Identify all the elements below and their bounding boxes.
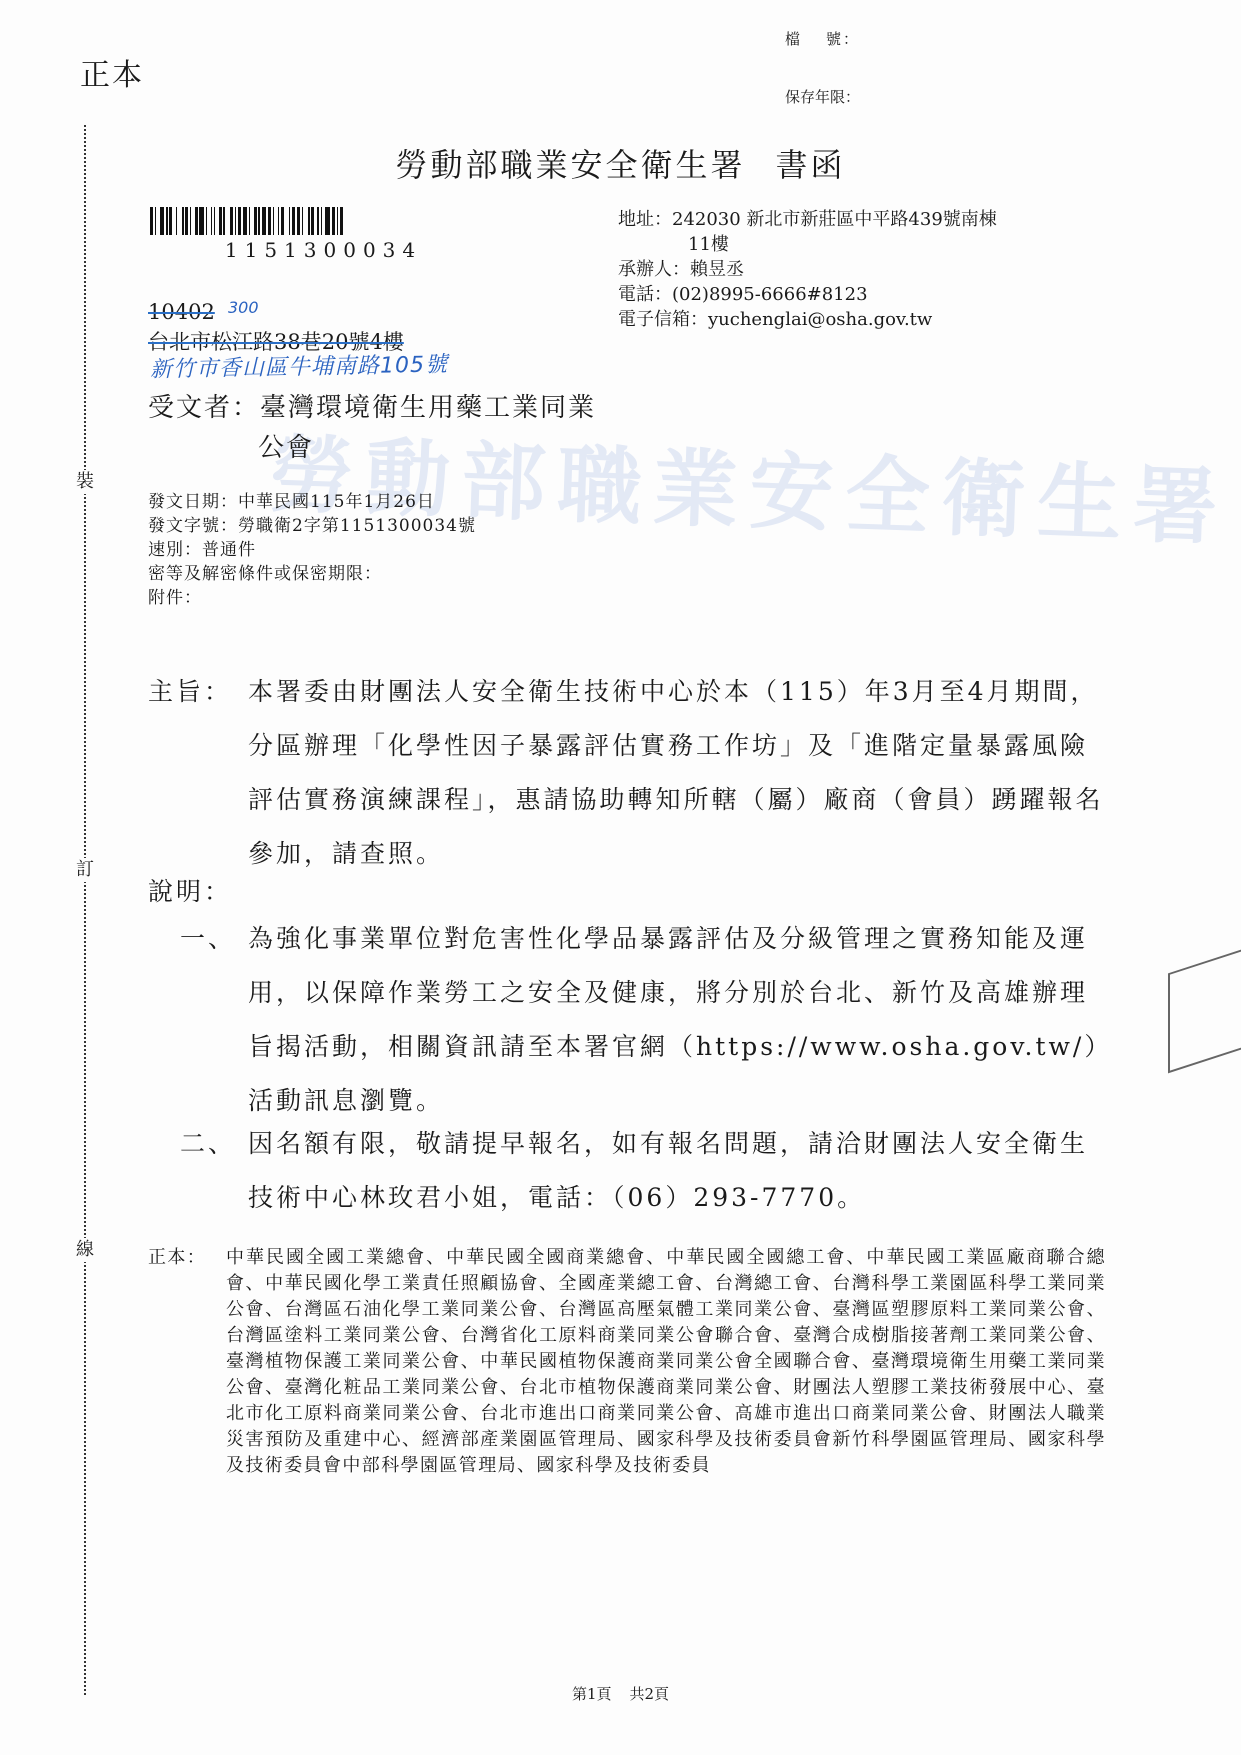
explanation-item: 二、 因名額有限，敬請提早報名，如有報名問題，請洽財團法人安全衛生技術中心林玫君… (180, 1117, 1108, 1225)
handler-name: 承辦人：賴昱丞 (618, 257, 997, 282)
item-number: 一、 (180, 912, 236, 966)
page-indicator: 第1頁共2頁 (0, 1683, 1241, 1704)
handwritten-new-address: 新竹市香山區牛埔南路105號 (150, 347, 448, 383)
binding-dotted-line (84, 125, 86, 1695)
subject-text: 本署委由財團法人安全衛生技術中心於本（115）年3月至4月期間，分區辦理「化學性… (248, 665, 1108, 881)
recipient-name: 臺灣環境衛生用藥工業同業 (260, 393, 596, 423)
secrecy-level: 密等及解密條件或保密期限： (148, 562, 476, 586)
file-number-field: 檔號： (785, 28, 860, 49)
page-current: 第1頁 (572, 1685, 612, 1703)
document-number: 發文字號：勞職衛2字第1151300034號 (148, 514, 476, 538)
document-title: 勞動部職業安全衛生署書函 (0, 140, 1241, 186)
recipient-label: 受文者： (148, 393, 260, 423)
sender-address-cont: 11樓 (618, 232, 997, 257)
delivery-speed: 速別：普通件 (148, 538, 476, 562)
carbon-copy-section: 正本： 中華民國全國工業總會、中華民國全國商業總會、中華民國全國總工會、中華民國… (148, 1245, 1106, 1479)
binding-char-zhuang: 裝 (72, 470, 98, 494)
old-zip-code: 10402 (148, 300, 215, 324)
recipient-name-cont: 公會 (148, 428, 596, 468)
binding-char-ding: 訂 (72, 858, 98, 882)
original-copy-mark: 正本 (80, 50, 144, 94)
issue-date: 發文日期：中華民國115年1月26日 (148, 490, 476, 514)
retention-period-field: 保存年限： (785, 86, 860, 107)
sender-email: 電子信箱：yuchenglai@osha.gov.tw (618, 307, 997, 332)
sender-phone: 電話：(02)8995-6666#8123 (618, 282, 997, 307)
document-meta: 發文日期：中華民國115年1月26日 發文字號：勞職衛2字第1151300034… (148, 490, 476, 610)
document-type: 書函 (776, 146, 846, 184)
page-total: 共2頁 (630, 1685, 670, 1703)
partial-seal-stamp (1168, 947, 1241, 1074)
sender-contact-block: 地址：242030 新北市新莊區中平路439號南棟 11樓 承辦人：賴昱丞 電話… (618, 207, 997, 332)
handwritten-new-zip: 300 (228, 298, 259, 317)
subject-label: 主旨： (148, 665, 232, 719)
barcode-number: 1151300034 (150, 238, 497, 262)
file-number-label-b: 號： (826, 30, 860, 48)
recipient-block: 受文者：臺灣環境衛生用藥工業同業 公會 (148, 388, 596, 468)
barcode-bar (343, 207, 346, 235)
carbon-copy-label: 正本： (148, 1245, 206, 1271)
item-text: 因名額有限，敬請提早報名，如有報名問題，請洽財團法人安全衛生技術中心林玫君小姐，… (248, 1117, 1108, 1225)
explanation-label: 說明： (148, 872, 232, 908)
item-number: 二、 (180, 1117, 236, 1171)
subject-section: 主旨： 本署委由財團法人安全衛生技術中心於本（115）年3月至4月期間，分區辦理… (148, 665, 1108, 881)
sender-address: 地址：242030 新北市新莊區中平路439號南棟 (618, 207, 997, 232)
barcode (150, 207, 497, 235)
explanation-item: 一、 為強化事業單位對危害性化學品暴露評估及分級管理之實務知能及運用，以保障作業… (180, 912, 1108, 1128)
agency-name: 勞動部職業安全衛生署 (395, 146, 745, 184)
file-number-label-a: 檔 (785, 30, 802, 48)
binding-char-xian: 線 (72, 1238, 98, 1262)
attachments: 附件： (148, 586, 476, 610)
item-text: 為強化事業單位對危害性化學品暴露評估及分級管理之實務知能及運用，以保障作業勞工之… (248, 912, 1108, 1128)
carbon-copy-recipients: 中華民國全國工業總會、中華民國全國商業總會、中華民國全國總工會、中華民國工業區廠… (226, 1245, 1106, 1479)
